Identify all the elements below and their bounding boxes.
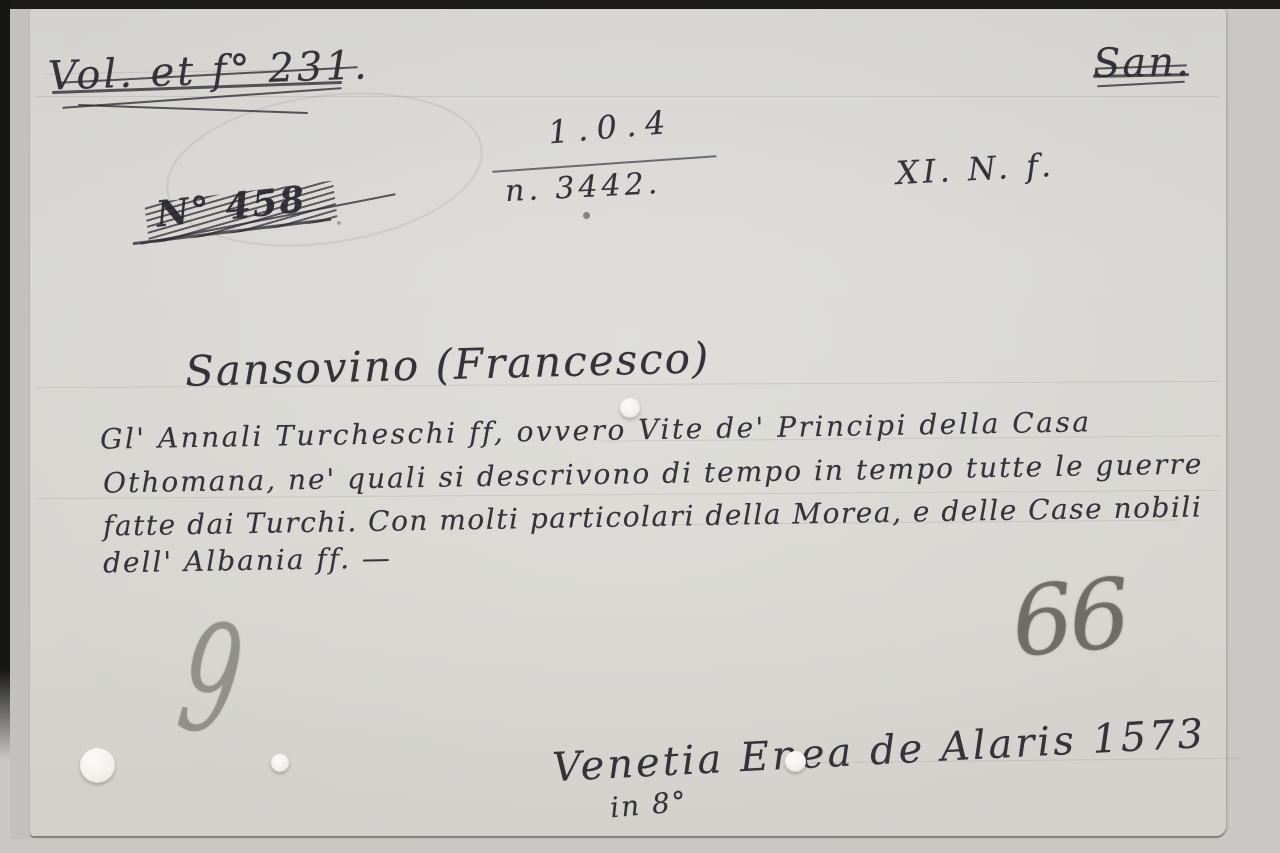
ink-speck: [583, 212, 590, 219]
guide-word: San.: [1093, 39, 1192, 87]
punch-hole: [620, 398, 640, 418]
pencil-large-number: 66: [1007, 557, 1130, 679]
punch-hole: [271, 754, 289, 772]
scan-edge-top: [0, 0, 1280, 9]
punch-hole: [80, 748, 115, 783]
crossed-accession-group: N° 458: [138, 178, 418, 248]
background-card-band: [10, 9, 31, 839]
format-note: in 8°: [609, 785, 689, 825]
punch-hole: [785, 751, 806, 772]
ink-speck: [337, 221, 341, 225]
crossed-volume-ref-group: Vol. et f° 231.: [48, 40, 368, 120]
strike-line: [78, 104, 308, 114]
title-line: dell' Albania ff. —: [103, 541, 392, 579]
scan-edge-left: [0, 0, 10, 760]
guide-word-group: San.: [1093, 40, 1233, 100]
scanned-catalog-card-photo: Vol. et f° 231. San. 1.0.4 n. 3442. XI. …: [0, 0, 1280, 853]
